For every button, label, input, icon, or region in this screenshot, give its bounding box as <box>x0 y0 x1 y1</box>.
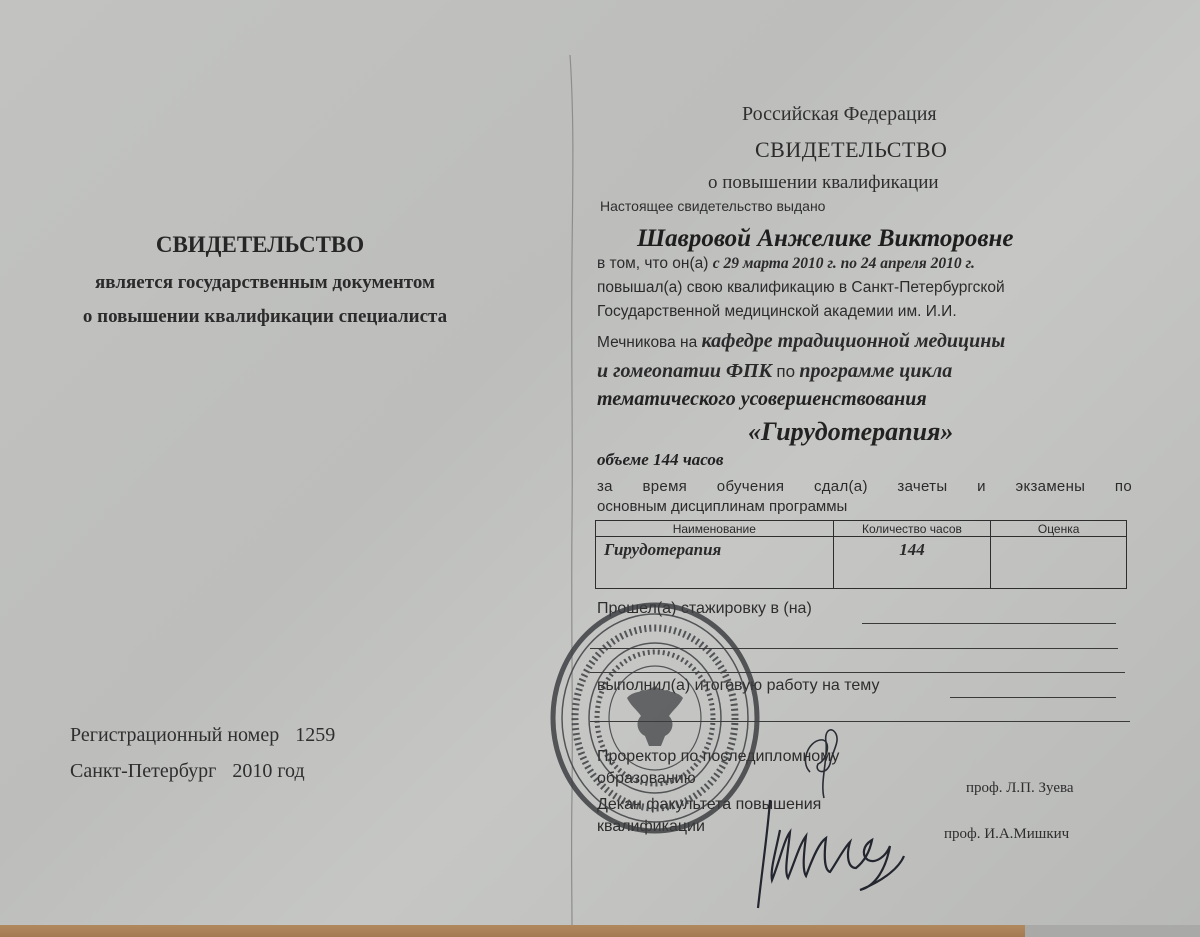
left-page-subtitle-line2: о повышении квалификации специалиста <box>20 306 510 328</box>
final-work-blank-line-1 <box>950 697 1116 698</box>
signature-2 <box>740 790 910 925</box>
city: Санкт-Петербург <box>70 760 216 782</box>
left-page-title: СВИДЕТЕЛЬСТВО <box>150 232 370 258</box>
discipline-name: Гирудотерапия <box>596 537 834 589</box>
wooden-table-edge <box>0 925 1025 937</box>
city-year-line: Санкт-Петербург2010 год <box>70 760 305 783</box>
country-heading: Российская Федерация <box>742 103 937 126</box>
department-program-line: и гомеопатии ФПК по программе цикла <box>597 360 952 383</box>
period-line: в том, что он(а) с 29 марта 2010 г. по 2… <box>597 255 975 273</box>
double-headed-eagle-emblem <box>627 686 683 746</box>
year: 2010 год <box>232 760 304 782</box>
body-line3-prefix: Мечникова на <box>597 334 697 351</box>
discipline-grade <box>991 537 1127 589</box>
exams-line2: основным дисциплинам программы <box>597 498 847 515</box>
body-line3: Мечникова на кафедре традиционной медици… <box>597 330 1005 353</box>
background-surface <box>1025 925 1200 937</box>
course-volume: объеме 144 часов <box>597 450 723 470</box>
header-hours: Количество часов <box>833 521 991 537</box>
department-line1: кафедре традиционной медицины <box>702 330 1006 352</box>
signatory1-name: проф. Л.П. Зуева <box>966 780 1074 797</box>
body-line1: повышал(а) свою квалификацию в Санкт-Пет… <box>597 279 1005 297</box>
header-grade: Оценка <box>991 521 1127 537</box>
program-name: «Гирудотерапия» <box>748 417 953 447</box>
certificate-subtitle: о повышении квалификации <box>708 172 939 194</box>
period-prefix: в том, что он(а) <box>597 255 708 272</box>
exams-line1: за время обучения сдал(а) зачеты и экзам… <box>597 478 1132 495</box>
internship-blank-line-1 <box>862 623 1116 624</box>
certificate-title: СВИДЕТЕЛЬСТВО <box>755 137 947 163</box>
discipline-hours: 144 <box>833 537 991 589</box>
registration-number: 1259 <box>295 724 335 746</box>
program-connector: по <box>776 362 795 381</box>
issued-to-label: Настоящее свидетельство выдано <box>600 198 825 214</box>
grades-table: Наименование Количество часов Оценка Гир… <box>595 520 1127 589</box>
official-seal-stamp <box>545 598 760 838</box>
program-label: программе цикла <box>799 360 952 382</box>
program-type: тематического усовершенствования <box>597 388 927 411</box>
registration-line: Регистрационный номер1259 <box>70 724 335 747</box>
period-dates: с 29 марта 2010 г. по 24 апреля 2010 г. <box>713 255 975 272</box>
grades-table-header: Наименование Количество часов Оценка <box>596 521 1127 537</box>
left-page-subtitle-line1: является государственным документом <box>40 272 490 294</box>
table-row: Гирудотерапия 144 <box>596 537 1127 589</box>
department-line2: и гомеопатии ФПК <box>597 360 772 382</box>
header-name: Наименование <box>596 521 834 537</box>
signatory2-name: проф. И.А.Мишкич <box>944 826 1069 843</box>
body-line2: Государственной медицинской академии им.… <box>597 303 957 321</box>
registration-label: Регистрационный номер <box>70 724 279 746</box>
recipient-name: Шавровой Анжелике Викторовне <box>637 225 1014 253</box>
